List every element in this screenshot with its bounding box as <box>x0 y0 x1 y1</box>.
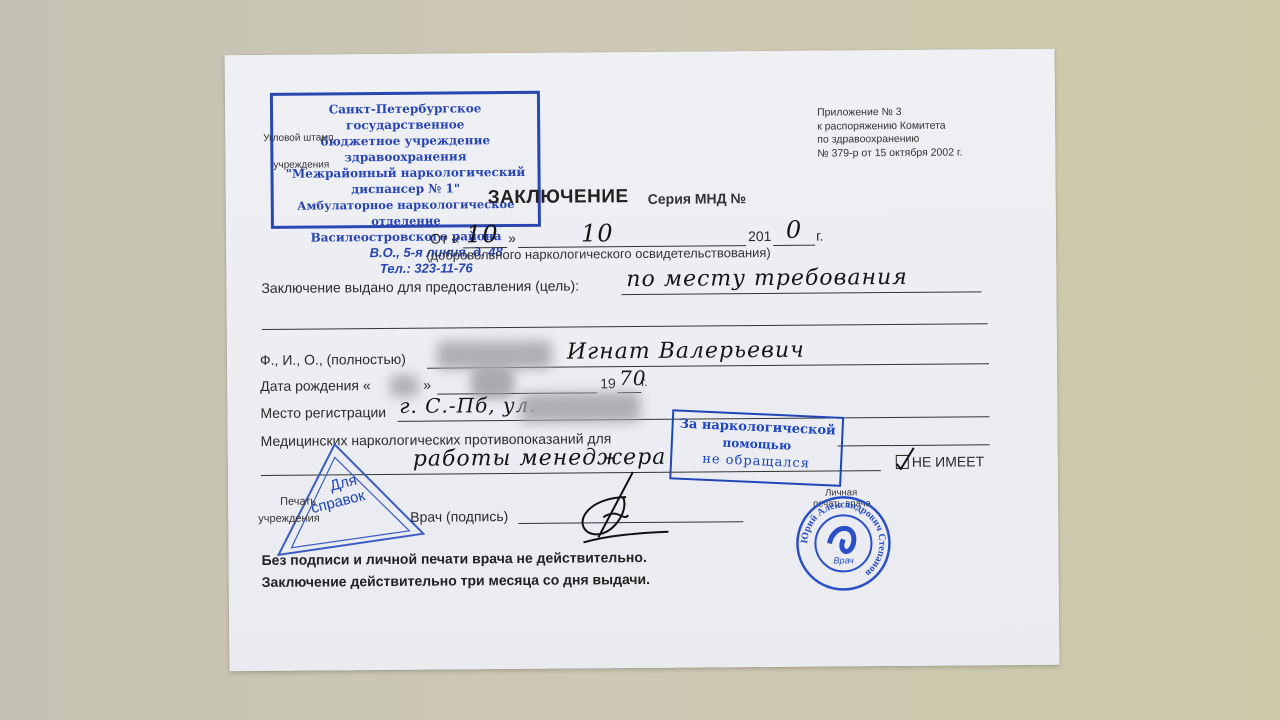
birth-year-prefix: 19 <box>600 375 616 391</box>
stamp-line: Санкт-Петербургское государственное <box>273 100 537 134</box>
date-year-unit: г. <box>816 228 823 244</box>
validity-note-1: Без подписи и личной печати врача не дей… <box>261 549 646 568</box>
date-year-suffix: 0 <box>786 216 803 244</box>
registration-label: Место регистрации <box>260 404 386 421</box>
birth-label: Дата рождения « <box>260 377 371 394</box>
birth-quote-close: » <box>423 377 431 393</box>
document-title: ЗАКЛЮЧЕНИЕ <box>488 186 629 209</box>
doctor-signature-icon <box>568 467 689 548</box>
no-help-stamp: За наркологической помощью не обращался <box>669 409 844 487</box>
stamp-phone: Тел.: 323-11-76 <box>274 260 538 278</box>
annex-line: к распоряжению Комитета <box>817 119 962 134</box>
not-have-label: НЕ ИМЕЕТ <box>912 453 984 470</box>
seal-label: Печать <box>280 496 316 508</box>
purpose-value: по месту требования <box>626 265 908 292</box>
redacted-street <box>520 392 640 423</box>
annex-line: № 379-р от 15 октября 2002 г. <box>817 146 962 161</box>
date-month: 10 <box>581 219 614 247</box>
annex-note: Приложение № 3 к распоряжению Комитета п… <box>817 105 962 160</box>
corner-stamp-label-2: учреждения <box>273 159 329 170</box>
annex-line: по здравоохранению <box>817 132 962 147</box>
corner-stamp-label: Угловой штамп <box>263 132 333 144</box>
registration-value: г. С.-Пб, ул. <box>399 393 536 418</box>
birth-year-unit: г. <box>641 375 647 389</box>
date-subtitle: (добровольного наркологического освидете… <box>426 245 771 263</box>
fio-label: Ф., И., О., (полностью) <box>260 351 406 368</box>
personal-seal-icon: Юрий Александрович Степанов Врач <box>793 493 894 594</box>
annex-line: Приложение № 3 <box>817 105 962 120</box>
series-label: Серия МНД № <box>648 190 746 207</box>
seal-center-text: Врач <box>834 555 854 565</box>
not-have-checkbox[interactable] <box>896 455 909 469</box>
date-quote-close: » <box>508 230 516 246</box>
doctor-signature-label: Врач (подпись) <box>410 508 508 525</box>
date-prefix: От « <box>430 230 459 246</box>
fio-value: Игнат Валерьевич <box>567 338 805 365</box>
purpose-label: Заключение выдано для предоставления (це… <box>261 277 579 295</box>
validity-note-2: Заключение действительно три месяца со д… <box>262 571 650 590</box>
date-day: 10 <box>466 220 499 248</box>
date-year-prefix: 201 <box>748 228 771 244</box>
medical-certificate-paper: Санкт-Петербургское государственное бюдж… <box>225 49 1060 671</box>
seal-label-2: учреждения <box>258 513 320 525</box>
